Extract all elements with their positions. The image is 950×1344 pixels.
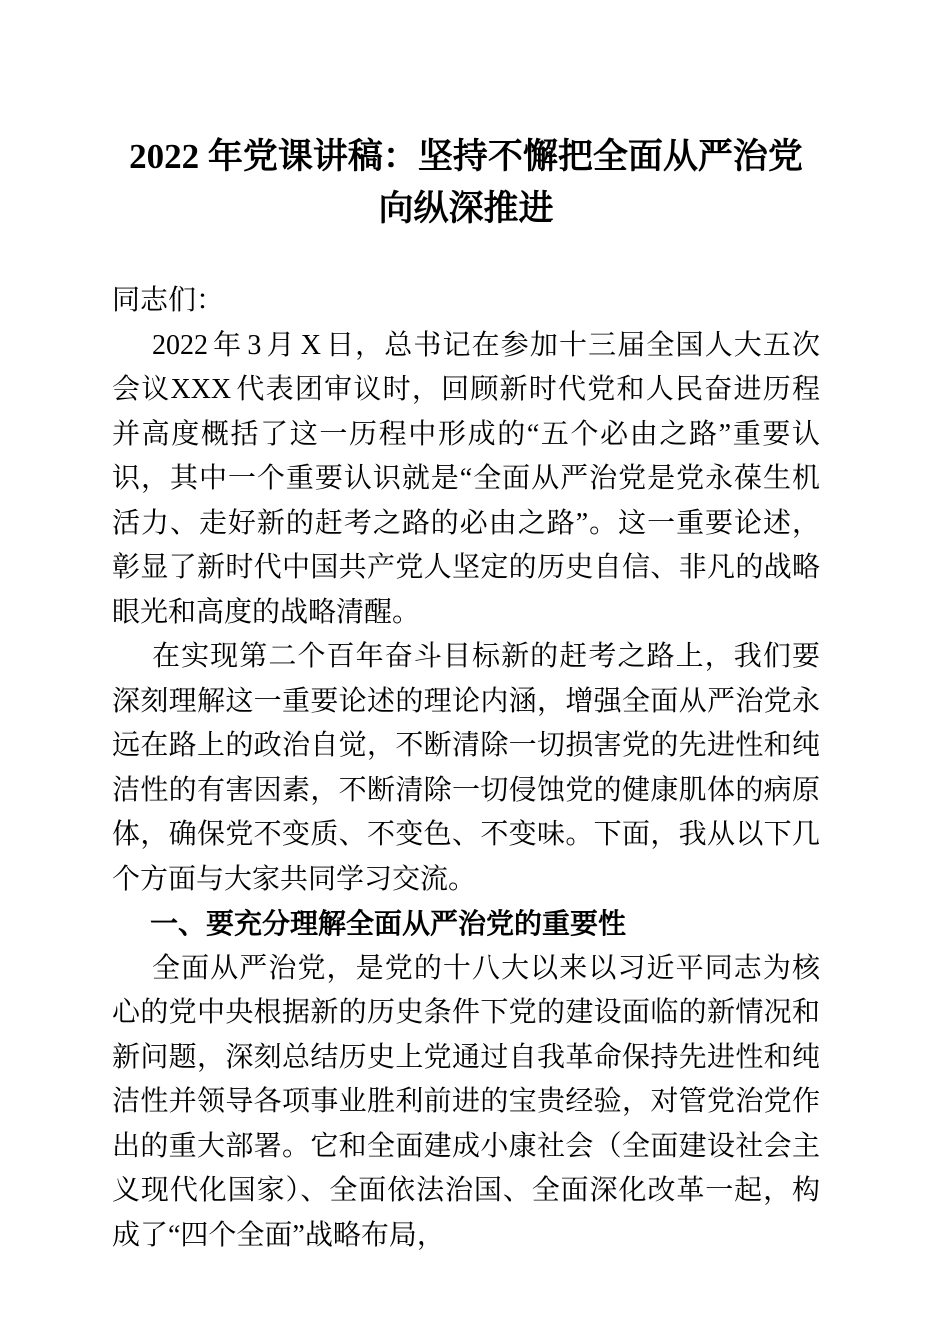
document-page: 2022 年党课讲稿：坚持不懈把全面从严治党向纵深推进 同志们： 2022 年 … <box>0 0 950 1344</box>
section-heading-1: 一、要充分理解全面从严治党的重要性 <box>112 902 820 947</box>
document-content: 2022 年党课讲稿：坚持不懈把全面从严治党向纵深推进 同志们： 2022 年 … <box>112 0 820 1258</box>
paragraph-3: 全面从严治党，是党的十八大以来以习近平同志为核心的党中央根据新的历史条件下党的建… <box>112 947 820 1259</box>
paragraph-1: 2022 年 3 月 X 日，总书记在参加十三届全国人大五次会议XXX 代表团审… <box>112 324 820 636</box>
document-title: 2022 年党课讲稿：坚持不懈把全面从严治党向纵深推进 <box>112 131 820 235</box>
salutation: 同志们： <box>112 279 820 324</box>
paragraph-2: 在实现第二个百年奋斗目标新的赶考之路上，我们要深刻理解这一重要论述的理论内涵，增… <box>112 635 820 902</box>
